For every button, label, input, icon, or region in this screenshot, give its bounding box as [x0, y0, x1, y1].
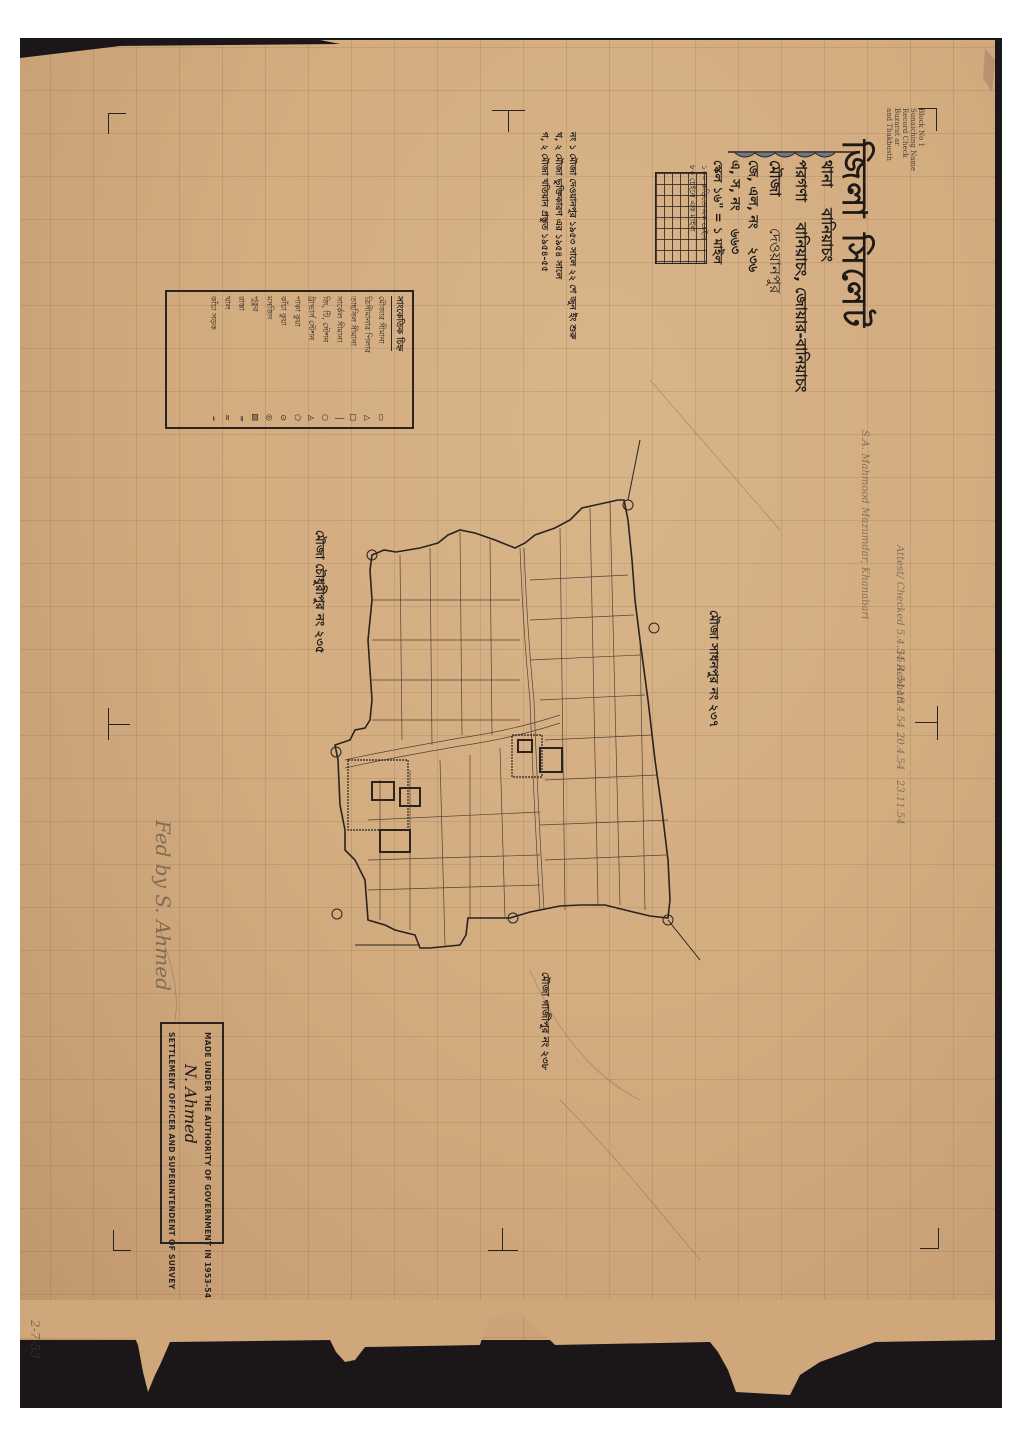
circle-double-icon: ◎ — [262, 414, 276, 421]
boundary-label-east: মৌজা সাধনপুর নং ২৩৭ — [702, 610, 722, 728]
mouza-value: দেওয়ানপুর — [766, 228, 784, 294]
pencil-date-4: 23.11.54 — [894, 780, 905, 825]
legend-item: সার্কেল সীমানা│ — [332, 296, 346, 421]
pencil-note-right-top: S.A. Mahmood Mazumdar, Khanabari — [859, 430, 870, 619]
pentagon-icon: ⬠ — [290, 414, 304, 421]
legend-item: রাস্তা═ — [234, 296, 248, 421]
district-label: জিলা — [834, 140, 874, 219]
circle-icon: ○ — [318, 414, 332, 421]
block-note-line: Buzarat ar — [893, 108, 901, 171]
district-value: সিলেট — [834, 233, 874, 329]
legend-item: তাহসিল সীমানা□ — [346, 296, 360, 421]
legend-item-label: কাঁচা কুয়া — [276, 296, 290, 326]
registration-mark-mid-right-arm — [915, 722, 937, 723]
triangle-icon: △ — [360, 415, 374, 421]
legend-title: সাংকেতিক চিহ্ন — [391, 296, 407, 351]
legend-item: খাল≈ — [220, 296, 234, 421]
pargana-value: বানিয়াচং, জোয়ার-বানিয়াচং — [792, 223, 810, 393]
line-icon: │ — [332, 416, 346, 421]
rs-value: ৬৬৩ — [727, 229, 742, 254]
rs-row: এ, স, নং ৬৬৩ — [723, 160, 744, 254]
notes-header-1: নং ১ মৌজা দেওয়ানপুর ১৯৫৩ সালে ২২ শে জুন… — [565, 132, 580, 339]
rs-label: এ, স, নং — [727, 160, 742, 211]
legend-item: কাঁচা সড়ক┅ — [206, 296, 220, 421]
block-note-line: and Thakbusth — [885, 108, 893, 171]
legend-item-label: কাঁচা সড়ক — [206, 296, 220, 330]
legend-item: জি, টি, স্টেশন○ — [318, 296, 332, 421]
legend-item: পাকা কুয়া⬠ — [290, 296, 304, 421]
double-line-icon: ═ — [234, 416, 248, 421]
hatched-square-icon: ▨ — [248, 413, 262, 421]
pencil-note-lower-left: Fed by S. Ahmed — [151, 820, 175, 991]
scale-bar — [655, 172, 707, 264]
scale-label: স্কেল ১৬" = ১ মাইল — [711, 160, 725, 264]
notes-header-2: খ, ২ মৌজা ভুক্তিকারণ এর ১৯৫৪ সালে — [551, 132, 566, 279]
notes-header-3: গ, ২ মৌজা খতিয়ান প্রস্তুত ১৯৫৪-৫৫ — [537, 132, 552, 272]
registration-mark-top-center-stem — [508, 110, 509, 132]
block-note-line: Sunaiching Name — [909, 108, 917, 171]
registration-mark-bottom-center-arm — [488, 1250, 518, 1251]
jl-label: জে, এল, নং — [745, 160, 760, 229]
legend-item: ট্রাভার্স স্টেশন◬ — [304, 296, 318, 421]
pargana-label: পরগণা — [792, 160, 810, 202]
legend-item: মৌজার সীমানা▭ — [374, 296, 388, 421]
thana-label: থানা — [818, 160, 836, 187]
stamp-line-1: MADE UNDER THE AUTHORITY OF GOVERNMENT I… — [203, 1032, 212, 1298]
mouza-row: মৌজা দেওয়ানপুর — [761, 160, 786, 293]
registration-mark-bottom-right — [920, 1228, 939, 1249]
pencil-date-1: 15.4.54 — [894, 650, 905, 688]
pargana-row: পরগণা বানিয়াচং, জোয়ার-বানিয়াচং — [787, 160, 812, 392]
thana-row: থানা বানিয়াচং — [813, 160, 838, 262]
block-note: Block No 1 Sunaiching Name Record Check … — [885, 108, 925, 171]
legend-item-label: রাস্তা — [234, 296, 248, 311]
pencil-date-2: 18.4.54 — [894, 690, 905, 728]
legend-item-label: জি, টি, স্টেশন — [318, 296, 332, 342]
legend-item-label: সার্কেল সীমানা — [332, 296, 346, 342]
stamp-line-2: SETTLEMENT OFFICER AND SUPERINTENDENT OF… — [167, 1032, 176, 1289]
legend-content: সাংকেতিক চিহ্ন মৌজার সীমানা▭ত্রিসীমানার … — [206, 296, 407, 421]
legend-box: সাংকেতিক চিহ্ন মৌজার সীমানা▭ত্রিসীমানার … — [165, 290, 414, 429]
pencil-note-bottom: 2-7-53 — [28, 1320, 42, 1359]
registration-mark-mid-left-arm — [108, 724, 130, 725]
thana-value: বানিয়াচং — [818, 208, 836, 262]
boundary-label-south: মৌজা গাজীপুর নং ২৩৮ — [535, 972, 552, 1070]
authority-stamp: MADE UNDER THE AUTHORITY OF GOVERNMENT I… — [160, 1022, 224, 1244]
triangle-dot-icon: ◬ — [304, 415, 318, 421]
registration-mark-bottom-center — [502, 1228, 503, 1250]
legend-item-label: মসজিদ — [262, 296, 276, 319]
block-note-line: Record Check — [901, 108, 909, 171]
legend-item-label: ট্রাভার্স স্টেশন — [304, 296, 318, 340]
registration-mark-top-left — [108, 113, 126, 134]
registration-mark-mid-right — [937, 706, 938, 740]
legend-item: ত্রিসীমানার পিলার△ — [360, 296, 374, 421]
registration-mark-bottom-left — [113, 1230, 131, 1251]
dashed-icon: ┅ — [206, 416, 220, 421]
boundary-icon: ▭ — [374, 413, 388, 421]
circle-dot-icon: ⊙ — [276, 414, 290, 421]
square-icon: □ — [346, 413, 360, 421]
legend-item-label: খাল — [220, 296, 234, 310]
legend-item: কাঁচা কুয়া⊙ — [276, 296, 290, 421]
legend-item-label: মৌজার সীমানা — [374, 296, 388, 344]
legend-item-label: তাহসিল সীমানা — [346, 296, 360, 346]
legend-item-label: পুকুর — [248, 296, 262, 311]
legend-item-label: ত্রিসীমানার পিলার — [360, 296, 374, 353]
legend-item: মসজিদ◎ — [262, 296, 276, 421]
boundary-label-north: মৌজা চৌধুরীপুর নং ২৩৫ — [308, 530, 328, 654]
pencil-date-3: 20.4.54 — [894, 732, 905, 770]
mouza-label: মৌজা — [766, 160, 784, 196]
legend-item-label: পাকা কুয়া — [290, 296, 304, 327]
stamp-signature: N. Ahmed — [181, 1064, 200, 1144]
stream-icon: ≈ — [220, 414, 234, 421]
legend-item: পুকুর▨ — [248, 296, 262, 421]
jl-value: ২৩৬ — [745, 247, 760, 272]
block-note-line: Block No 1 — [917, 108, 925, 171]
jl-row: জে, এল, নং ২৩৬ — [741, 160, 762, 272]
